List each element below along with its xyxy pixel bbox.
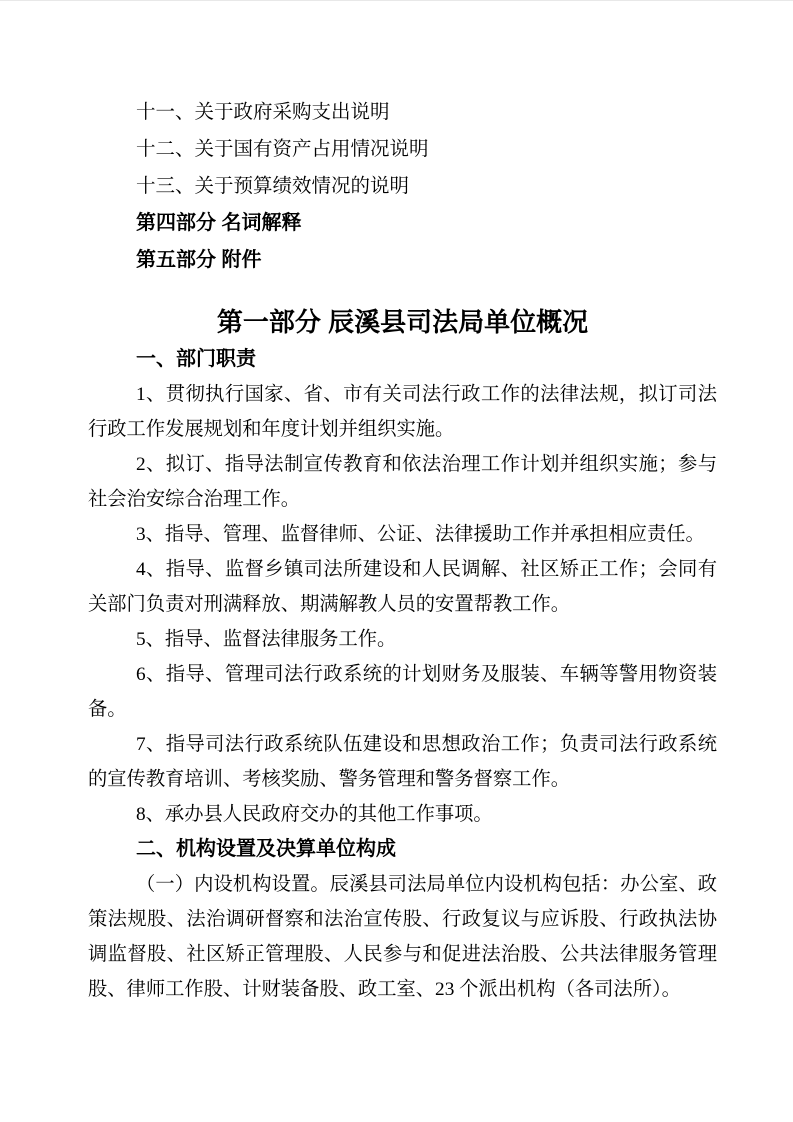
heading-org-structure: 二、机构设置及决算单位构成 xyxy=(88,832,717,867)
duty-paragraph: 5、指导、监督法律服务工作。 xyxy=(88,622,717,657)
section-title: 第一部分 辰溪县司法局单位概况 xyxy=(88,302,717,342)
duty-paragraph: 8、承办县人民政府交办的其他工作事项。 xyxy=(88,797,717,832)
org-paragraph: （一）内设机构设置。辰溪县司法局单位内设机构包括：办公室、政策法规股、法治调研督… xyxy=(88,867,717,1007)
document-body: 一、部门职责 1、贯彻执行国家、省、市有关司法行政工作的法律法规，拟订司法行政工… xyxy=(88,342,717,1007)
duty-paragraph: 3、指导、管理、监督律师、公证、法律援助工作并承担相应责任。 xyxy=(88,517,717,552)
duty-paragraph: 6、指导、管理司法行政系统的计划财务及服装、车辆等警用物资装备。 xyxy=(88,657,717,727)
toc-item-part5: 第五部分 附件 xyxy=(88,242,717,279)
duty-paragraph: 7、指导司法行政系统队伍建设和思想政治工作；负责司法行政系统的宣传教育培训、考核… xyxy=(88,727,717,797)
document-page: 十一、关于政府采购支出说明 十二、关于国有资产占用情况说明 十三、关于预算绩效情… xyxy=(0,0,793,1122)
heading-department-duties: 一、部门职责 xyxy=(88,342,717,377)
toc-item: 十三、关于预算绩效情况的说明 xyxy=(88,168,717,205)
toc-item: 十二、关于国有资产占用情况说明 xyxy=(88,131,717,168)
duty-paragraph: 4、指导、监督乡镇司法所建设和人民调解、社区矫正工作；会同有关部门负责对刑满释放… xyxy=(88,552,717,622)
table-of-contents: 十一、关于政府采购支出说明 十二、关于国有资产占用情况说明 十三、关于预算绩效情… xyxy=(88,94,717,279)
toc-item-part4: 第四部分 名词解释 xyxy=(88,205,717,242)
duty-paragraph: 1、贯彻执行国家、省、市有关司法行政工作的法律法规，拟订司法行政工作发展规划和年… xyxy=(88,377,717,447)
duty-paragraph: 2、拟订、指导法制宣传教育和依法治理工作计划并组织实施；参与社会治安综合治理工作… xyxy=(88,447,717,517)
toc-item: 十一、关于政府采购支出说明 xyxy=(88,94,717,131)
